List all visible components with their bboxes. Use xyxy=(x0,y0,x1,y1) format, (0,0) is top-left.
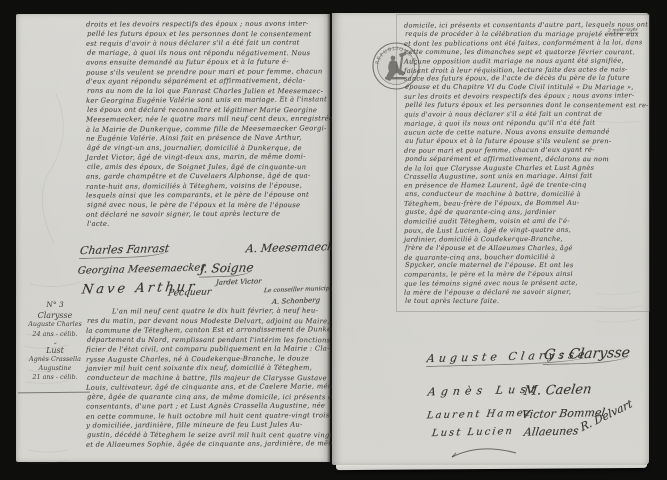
right-page: RÉPUBLIQUE FRANÇAISE 2 mots rayés domici… xyxy=(332,13,649,465)
signature-pecqueur: Pecqueur xyxy=(167,287,212,298)
margin-bride-firstnames: Agnès Crassella xyxy=(22,355,88,364)
signature-georgina-meesemaecker: Georgina Meesemaecker xyxy=(77,262,206,276)
margin-groom-age: 24 ans - célib. xyxy=(22,330,88,339)
margin-note-act-3: N° 3 Clarysse Auguste Charles 24 ans - c… xyxy=(22,300,88,383)
act-marriage-fanrast-text: droits et les devoirs respectifs des épo… xyxy=(86,20,328,229)
margin-bride-age: 21 ans - célib. xyxy=(22,373,88,382)
act-marriage-clarysse-text: L'an mil neuf cent quatre le dix huit fé… xyxy=(86,307,328,450)
handwritten-line: ans, garde champêtre et de Cuvelaers Alp… xyxy=(86,171,328,182)
handwritten-line: et de Allaeumes Sophie, âgée de cinquant… xyxy=(86,439,328,450)
handwritten-line: lesquels ainsi que les comparants, et le… xyxy=(86,190,328,201)
handwritten-line: ne Eugénie Valérie. Ainsi fait en présen… xyxy=(86,133,328,144)
handwritten-line: est requis d'avoir à nous déclarer s'il … xyxy=(86,38,328,49)
signature-m-caelen: M. Caelen xyxy=(523,382,592,399)
act-number: N° 3 xyxy=(22,300,88,309)
signature-lust-lucien: Lust Lucien xyxy=(431,426,514,439)
pen-flourish xyxy=(450,447,520,461)
scanned-register-spread: droits et les devoirs respectifs des épo… xyxy=(0,0,667,480)
handwritten-line: droits et les devoirs respectifs des épo… xyxy=(86,19,328,30)
handwritten-line: avons ensuite demandé au futur époux et … xyxy=(86,57,328,68)
handwritten-line: y domiciliée, jardinière, fille mineure … xyxy=(86,420,328,431)
signature-laurent-hamez: Laurent Hamez xyxy=(426,408,533,422)
left-page: droits et les devoirs respectifs des épo… xyxy=(16,14,330,462)
handwritten-line: ker Georgina Eugénie Valérie sont unis e… xyxy=(86,95,328,106)
handwritten-line: consentants, d'une part ; et Lust Agnès … xyxy=(86,401,328,412)
handwritten-line: ficier de l'état civil, ont comparu publ… xyxy=(86,344,328,355)
handwritten-line: L'an mil neuf cent quatre le dix huit fé… xyxy=(86,306,328,317)
ink-bleed-through-right xyxy=(589,73,649,373)
margin-groom-name: Clarysse xyxy=(22,311,88,320)
handwritten-line: l'acte. xyxy=(87,219,329,229)
signature-schonberg: A. Schonberg xyxy=(272,296,321,306)
handwritten-line: d'eux ayant répondu séparément et affirm… xyxy=(86,76,328,87)
margin-bride-firstnames2: Augustine xyxy=(22,364,88,373)
handwritten-line: Louis, cultivateur, âgé de cinquante ans… xyxy=(86,382,328,393)
handwritten-line: ont déclaré ne savoir signer, le tout ap… xyxy=(86,209,328,220)
handwritten-line: Jardet Victor, âgé de vingt-deux ans, ma… xyxy=(86,152,328,163)
ink-bleed-through xyxy=(16,34,86,464)
signature-allaeunes: Allaeunes xyxy=(523,424,579,438)
signature-jardet-victor: Jardet Victor xyxy=(216,277,262,287)
signature-charles-fanrast: Charles Fanrast xyxy=(79,242,170,259)
handwritten-line: la commune de Téteghem, canton Est et ar… xyxy=(86,325,328,336)
handwritten-line: cette commune, les dimanches sept et qua… xyxy=(405,48,645,57)
margin-caret: ⌄ xyxy=(22,339,88,346)
margin-groom-firstnames: Auguste Charles xyxy=(22,320,88,329)
margin-bride-name: Lust xyxy=(22,346,88,355)
annotation-conseiller-municipal: Le conseiller municipal xyxy=(264,285,336,294)
signature-j-soigne: J. Soigne xyxy=(199,260,255,277)
handwritten-line: Meesemaecker, née le quatre mars mil neu… xyxy=(86,114,328,125)
handwritten-line: janvier mil huit cent soixante dix neuf,… xyxy=(86,363,328,374)
